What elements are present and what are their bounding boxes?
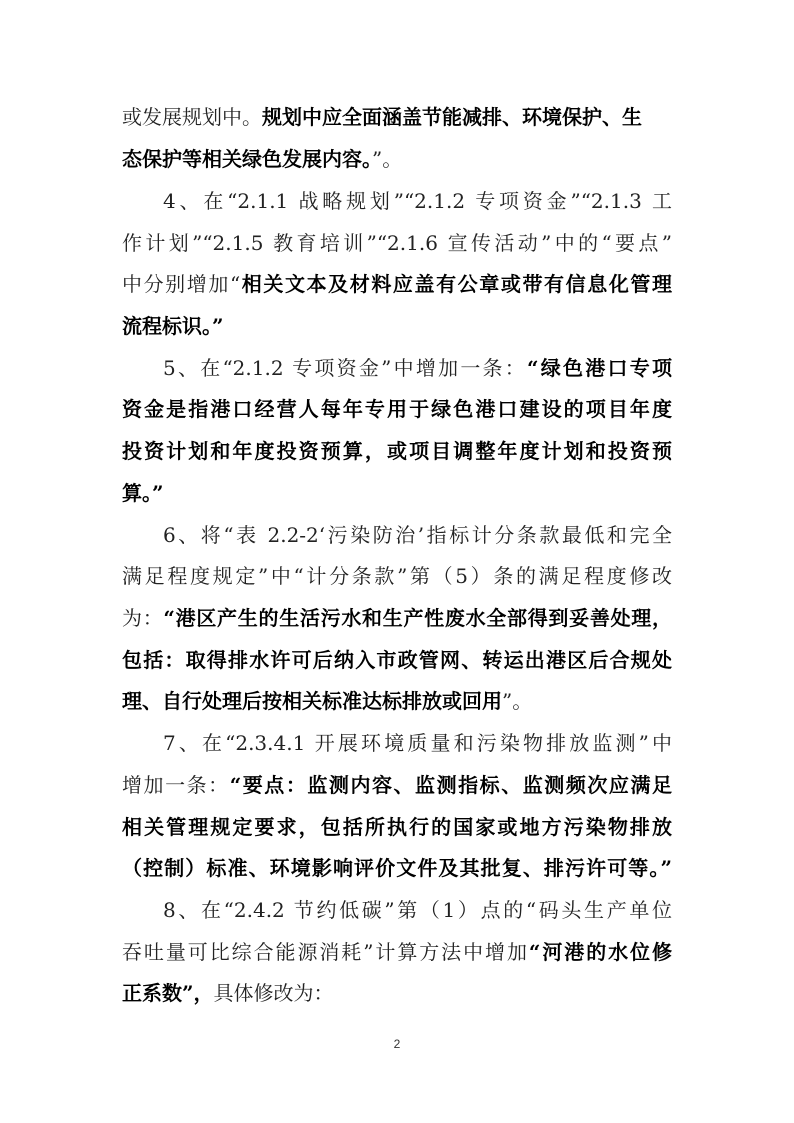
text-run: 4、在“2.1.1 战略规划”“2.1.2 专项资金”“2.1.3 工 — [163, 189, 672, 213]
bold-run: 相关文本及材料应盖有公章或带有信息化管理 — [240, 272, 672, 296]
text-line-8: 资金是指港口经营人每年专用于绿色港口建设的项目年度 — [122, 394, 672, 424]
text-run: 作计划”“2.1.5 教育培训”“2.1.6 宣传活动”中的“要点” — [122, 231, 672, 255]
text-run: 具体修改为： — [214, 981, 334, 1005]
bold-run: 态保护等相关绿色发展内容。 — [122, 147, 372, 171]
text-line-4: 作计划”“2.1.5 教育培训”“2.1.6 宣传活动”中的“要点” — [122, 228, 672, 258]
text-run: 或发展规划中。 — [122, 105, 262, 129]
bold-run: 流程标识。” — [122, 314, 224, 338]
bold-run: 资金是指港口经营人每年专用于绿色港口建设的项目年度 — [122, 397, 672, 421]
text-line-18: 相关管理规定要求，包括所执行的国家或地方污染物排放 — [122, 812, 672, 842]
text-run: ”。 — [372, 147, 402, 171]
bold-run: 算。” — [122, 481, 164, 505]
text-line-10: 算。” — [122, 478, 672, 508]
text-line-9: 投资计划和年度投资预算，或项目调整年度计划和投资预 — [122, 436, 672, 466]
text-run: 增加一条： — [122, 773, 230, 797]
text-run: ”。 — [502, 689, 532, 713]
text-line-16: 7、在“2.3.4.1 开展环境质量和污染物排放监测”中 — [163, 728, 672, 758]
bold-run: “港区产生的生活污水和生产性废水全部得到妥善处理， — [163, 606, 672, 630]
text-line-17: 增加一条：“要点：监测内容、监测指标、监测频次应满足 — [122, 770, 672, 800]
text-run: 6、将“表 2.2-2‘污染防治’指标计分条款最低和完全 — [163, 523, 672, 547]
text-run: 为： — [122, 606, 163, 630]
text-line-12: 满足程度规定”中“计分条款”第（5）条的满足程度修改 — [122, 561, 672, 591]
text-run: 中分别增加“ — [122, 272, 240, 296]
document-page: 或发展规划中。规划中应全面涵盖节能减排、环境保护、生 态保护等相关绿色发展内容。… — [0, 0, 794, 1123]
bold-run: 规划中应全面涵盖节能减排、环境保护、生 — [262, 105, 642, 129]
text-line-6: 流程标识。” — [122, 311, 672, 341]
text-line-21: 吞吐量可比综合能源消耗”计算方法中增加“河港的水位修 — [122, 937, 672, 967]
text-line-11: 6、将“表 2.2-2‘污染防治’指标计分条款最低和完全 — [163, 520, 672, 550]
bold-run: 正系数”， — [122, 981, 214, 1005]
text-line-22: 正系数”，具体修改为： — [122, 978, 672, 1008]
bold-run: “河港的水位修 — [529, 940, 672, 964]
text-line-5: 中分别增加“相关文本及材料应盖有公章或带有信息化管理 — [122, 269, 672, 299]
bold-run: 投资计划和年度投资预算，或项目调整年度计划和投资预 — [122, 439, 672, 463]
page-number: 2 — [387, 1037, 407, 1051]
bold-run: “绿色港口专项 — [527, 356, 672, 380]
text-line-7: 5、在“2.1.2 专项资金”中增加一条：“绿色港口专项 — [163, 353, 672, 383]
text-run: 吞吐量可比综合能源消耗”计算方法中增加 — [122, 940, 529, 964]
bold-run: （控制）标准、环境影响评价文件及其批复、排污许可等。” — [122, 856, 672, 880]
text-line-20: 8、在“2.4.2 节约低碳”第（1）点的“码头生产单位 — [163, 895, 672, 925]
text-line-19: （控制）标准、环境影响评价文件及其批复、排污许可等。” — [122, 853, 672, 883]
text-run: 满足程度规定”中“计分条款”第（5）条的满足程度修改 — [122, 564, 672, 588]
text-run: 7、在“2.3.4.1 开展环境质量和污染物排放监测”中 — [163, 731, 672, 755]
text-line-3: 4、在“2.1.1 战略规划”“2.1.2 专项资金”“2.1.3 工 — [163, 186, 672, 216]
text-line-14: 包括：取得排水许可后纳入市政管网、转运出港区后合规处 — [122, 645, 672, 675]
text-line-15: 理、自行处理后按相关标准达标排放或回用”。 — [122, 686, 672, 716]
text-run: 5、在“2.1.2 专项资金”中增加一条： — [163, 356, 527, 380]
text-run: 8、在“2.4.2 节约低碳”第（1）点的“码头生产单位 — [163, 898, 672, 922]
bold-run: “要点：监测内容、监测指标、监测频次应满足 — [230, 773, 672, 797]
bold-run: 相关管理规定要求，包括所执行的国家或地方污染物排放 — [122, 815, 672, 839]
bold-run: 理、自行处理后按相关标准达标排放或回用 — [122, 689, 502, 713]
text-line-2: 态保护等相关绿色发展内容。”。 — [122, 144, 672, 174]
text-line-1: 或发展规划中。规划中应全面涵盖节能减排、环境保护、生 — [122, 102, 672, 132]
text-line-13: 为：“港区产生的生活污水和生产性废水全部得到妥善处理， — [122, 603, 672, 633]
bold-run: 包括：取得排水许可后纳入市政管网、转运出港区后合规处 — [122, 648, 672, 672]
